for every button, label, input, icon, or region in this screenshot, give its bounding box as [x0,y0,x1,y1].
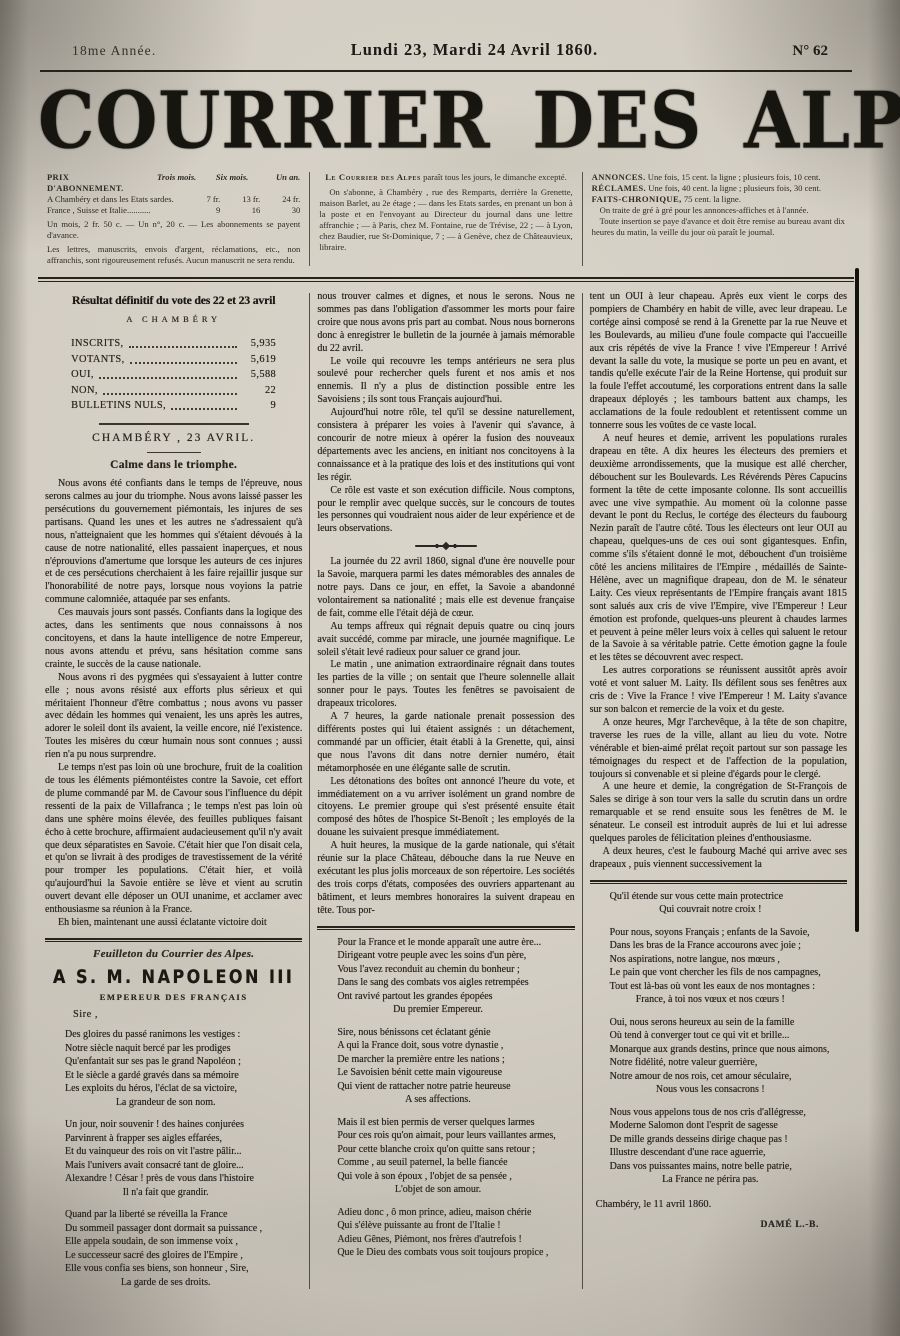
results-row-label: BULLETINS NULS, [71,400,166,413]
poem-line: Les exploits du héros, l'éclat de sa vic… [45,1082,302,1096]
poem-line: Qui vole à son époux , l'objet de sa pen… [317,1170,574,1184]
poem-line: A ses affections. [317,1093,574,1107]
poem-line: Notre siècle naquit bercé par les prodig… [45,1042,302,1056]
year-label: 18me Année. [72,43,156,59]
poem-line: Pour la France et le monde apparaît une … [317,936,574,950]
article-paragraph: A neuf heures et demie, arrivent les pop… [590,433,847,665]
poem-line: Du premier Empereur. [317,1003,574,1017]
poem-line: Le pain que vont chercher les fils de no… [590,966,847,980]
results-title: Résultat définitif du vote des 22 et 23 … [45,294,302,307]
advertising-line: On traite de gré à gré pour les annonces… [592,205,845,216]
price-col-6mois: Six mois. [196,172,248,183]
results-row-value: 5,935 [242,338,276,351]
publication-schedule: Le Courrier des Alpes paraît tous les jo… [319,172,572,183]
advertising-line-rest: 75 cent. la ligne. [682,194,741,204]
article-dateline: CHAMBÉRY , 23 AVRIL. [45,432,302,445]
poem-line: Moderne Salomon dont l'esprit de sagesse [590,1119,847,1133]
poem-line: Notre fidélité, notre valeur guerrière, [590,1056,847,1070]
results-row: NON, 22 [71,382,276,398]
price-row-1an: 24 fr. [260,194,300,205]
article-paragraph: Le voile qui recouvre les temps antérieu… [317,356,574,408]
poem-line: Adieu donc , ô mon prince, adieu, maison… [317,1206,574,1220]
poem-line: La garde de ses droits. [45,1276,302,1290]
poem-line: Alexandre ! César ! près de vous dans l'… [45,1172,302,1186]
price-row-3mois: 7 fr. [180,194,220,205]
article-paragraph: Le temps n'est pas loin où une brochure,… [45,762,302,917]
poem-line: Dans les bras de la France accourons ave… [590,939,847,953]
poem-line: Nos aspirations, notre langue, nos mœurs… [590,953,847,967]
subscription-note-1: Un mois, 2 fr. 50 c. — Un n°, 20 c. — Le… [47,219,300,241]
poem-column-2: Pour la France et le monde apparaît une … [317,936,574,1260]
poem-line: Pour cette blanche croix qu'on quitte sa… [317,1143,574,1157]
leader-dots [129,346,238,348]
article-paragraph: A 7 heures, la garde nationale prenait p… [317,711,574,776]
price-col-1an: Un an. [248,172,300,183]
price-row-label: France , Suisse et Italie........... [47,205,180,216]
poem-line: Sire, nous bénissons cet éclatant génie [317,1026,574,1040]
poem-line: Parvinrent à frapper ses aigles effarées… [45,1132,302,1146]
poem-line: Oui, nous serons heureux au sein de la f… [590,1016,847,1030]
results-table: INSCRITS, 5,935 VOTANTS, 5,619 OUI, 5,58… [71,336,276,414]
poem-line: Ont ravivé partout les grandes épopées [317,990,574,1004]
poem-line: Qui s'élève puissante au front de l'Ital… [317,1219,574,1233]
poem-line: Comme , au seuil paternel, la belle fian… [317,1156,574,1170]
poem-line: Qu'enfantait sur ses pas le grand Napolé… [45,1055,302,1069]
price-header-label: PRIX D'ABONNEMENT. [47,172,144,194]
ornament-divider [415,545,477,547]
poem-subtitle: EMPEREUR DES FRANÇAIS [45,991,302,1004]
poem-line: Pour ces rois qu'on aimait, pour leurs v… [317,1129,574,1143]
poem-line: Illustre descendant d'une race aguerrie, [590,1146,847,1160]
results-row-label: INSCRITS, [71,338,123,351]
article-paragraph: A huit heures, la musique de la garde na… [317,840,574,917]
article-headline: Calme dans le triomphe. [45,459,302,472]
poem-divider-col2 [317,926,574,930]
advertising-line-rest: Toute insertion se paye d'avance et doit… [592,216,845,237]
column-1: Résultat définitif du vote des 22 et 23 … [38,291,309,1289]
price-table-row: France , Suisse et Italie........... 9 1… [47,205,300,216]
price-row-1an: 30 [260,205,300,216]
poem-line: Dirigeant votre peuple avec les soins d'… [317,949,574,963]
poem-line: Le Savoisien bénit cette main vigoureuse [317,1066,574,1080]
poem-line: Du sommeil passager dont dormait sa puis… [45,1222,302,1236]
results-row: VOTANTS, 5,619 [71,351,276,367]
article-paragraph: Eh bien, maintenant une aussi éclatante … [45,917,302,930]
leader-dots [103,393,237,395]
poem-line: La grandeur de son nom. [45,1096,302,1110]
poem-line: Elle vous confia ses biens, son honneur … [45,1262,302,1276]
results-row-label: VOTANTS, [71,354,124,367]
price-table-rows: A Chambéry et dans les Etats sardes. 7 f… [47,194,300,216]
results-bottom-rule [99,423,249,425]
advertising-line: ANNONCES. Une fois, 15 cent. la ligne ; … [592,172,845,183]
column-1-paragraphs: Nous avons été confiants dans le temps d… [45,478,302,930]
article-paragraph: Le matin , une animation extraordinaire … [317,659,574,711]
poem-line: De mille grands desseins dirige chaque p… [590,1133,847,1147]
price-row-3mois: 9 [180,205,220,216]
poem-line: Dans vos puissantes mains, notre belle p… [590,1160,847,1174]
article-paragraph: Ces mauvais jours sont passés. Confiants… [45,607,302,672]
article-paragraph: A onze heures, Mgr l'archevêque, à la tê… [590,717,847,782]
feuilleton-top-rule [45,938,302,942]
publication-schedule-rest: paraît tous les jours, le dimanche excep… [421,172,567,182]
newspaper-title: COURRIER DES ALPES [38,78,854,162]
results-row: OUI, 5,588 [71,367,276,383]
poem-line: Qu'il étende sur vous cette main protect… [590,890,847,904]
poem-line: La France ne périra pas. [590,1173,847,1187]
poem-salutation: Sire , [45,1009,302,1022]
article-paragraph: Aujourd'hui notre rôle, tel qu'il se des… [317,407,574,484]
poem-line: Où tend à converger tout ce qui vit et b… [590,1029,847,1043]
article-paragraph: tent un OUI à leur chapeau. Après eux vi… [590,291,847,433]
article-paragraph: nous trouver calmes et dignes, et nous l… [317,291,574,356]
advertising-line: Toute insertion se paye d'avance et doit… [592,216,845,238]
poem-line: Que le Dieu des combats vous soit toujou… [317,1246,574,1260]
poem-column-1: Des gloires du passé ranimons les vestig… [45,1028,302,1289]
poem-line: Elle appela soudain, de son immense voix… [45,1235,302,1249]
advertising-line: RÉCLAMES. Une fois, 40 cent. la ligne ; … [592,183,845,194]
article-paragraph: A deux heures, c'est le faubourg Maché q… [590,846,847,872]
advertising-line-lead: RÉCLAMES. [592,183,646,193]
date-line: Lundi 23, Mardi 24 Avril 1860. [351,40,598,60]
poem-signature: DAMÉ L.-B. [590,1219,847,1232]
right-edge-rule [855,268,859,932]
dateline-rule [147,452,201,453]
publication-addresses: On s'abonne, à Chambéry , rue des Rempar… [319,187,572,253]
poem-line: De marcher la première entre les nations… [317,1053,574,1067]
poem-line: Le successeur sacré des gloires de l'Emp… [45,1249,302,1263]
results-row: INSCRITS, 5,935 [71,336,276,352]
article-paragraph: Ce rôle est vaste et son exécution diffi… [317,485,574,537]
price-row-label: A Chambéry et dans les Etats sardes. [47,194,180,205]
advertising-line-rest: On traite de gré à gré pour les annonces… [600,205,809,215]
poem-line: Il n'a fait que grandir. [45,1186,302,1200]
price-col-3mois: Trois mois. [144,172,196,183]
leader-dots [99,377,237,379]
advertising-line-lead: ANNONCES. [592,172,646,182]
poem-line: Quand par la liberté se réveilla la Fran… [45,1208,302,1222]
results-row-value: 9 [242,400,276,413]
column-2-paragraphs-bottom: La journée du 22 avril 1860, signal d'un… [317,556,574,917]
article-paragraph: Au temps affreux qui régnait depuis quat… [317,621,574,660]
feuilleton-rubric: Feuilleton du Courrier des Alpes. [45,948,302,961]
subscription-note-2: Les lettres, manuscrits, envois d'argent… [47,244,300,266]
poem-line: Et le siècle a gardé gravés dans sa mémo… [45,1069,302,1083]
column-2: nous trouver calmes et dignes, et nous l… [310,291,581,1289]
results-row-value: 22 [242,385,276,398]
poem-line: Nous vous les consacrons ! [590,1083,847,1097]
poem-line: Des gloires du passé ranimons les vestig… [45,1028,302,1042]
results-row-value: 5,619 [242,354,276,367]
body-columns: Résultat définitif du vote des 22 et 23 … [38,291,854,1289]
poem-line: Tout est là-bas où vont les eaux de nos … [590,980,847,994]
poem-divider-col3 [590,880,847,884]
results-row-value: 5,588 [242,369,276,382]
header-rule [40,70,852,72]
infobar-bottom-rule [38,277,854,282]
poem-line: Dans le sang des combats vos aigles retr… [317,976,574,990]
price-table-row: A Chambéry et dans les Etats sardes. 7 f… [47,194,300,205]
info-bar: PRIX D'ABONNEMENT. Trois mois. Six mois.… [38,170,854,268]
poem-line: Mais l'univers avait consacré tant de gl… [45,1159,302,1173]
subscription-info: PRIX D'ABONNEMENT. Trois mois. Six mois.… [38,170,309,268]
poem-line: Notre amour de nos rois, cet amour sécul… [590,1070,847,1084]
article-paragraph: Nous avons ri des pygmées qui s'essayaie… [45,672,302,762]
poem-line: France, à toi nos vœux et nos cœurs ! [590,993,847,1007]
poem-column-3: Qu'il étende sur vous cette main protect… [590,890,847,1187]
price-row-6mois: 13 fr. [220,194,260,205]
advertising-line-rest: Une fois, 40 cent. la ligne ; plusieurs … [646,183,821,193]
price-row-6mois: 16 [220,205,260,216]
column-2-paragraphs-top: nous trouver calmes et dignes, et nous l… [317,291,574,536]
publication-title-lead: Le Courrier des Alpes [325,172,421,182]
poem-line: Un jour, noir souvenir ! des haines conj… [45,1118,302,1132]
article-paragraph: La journée du 22 avril 1860, signal d'un… [317,556,574,621]
poem-line: Adieu Gênes, Piémont, nos frères d'autre… [317,1233,574,1247]
advertising-line-lead: FAITS-CHRONIQUE, [592,194,682,204]
poem-line: Monarque aux grands destins, prince que … [590,1043,847,1057]
poem-line: Mais il est bien permis de verser quelqu… [317,1116,574,1130]
column-3-paragraphs: tent un OUI à leur chapeau. Après eux vi… [590,291,847,872]
issue-number: N° 62 [792,43,828,60]
results-row-label: OUI, [71,369,94,382]
poem-line: A qui la France doit, sous votre dynasti… [317,1039,574,1053]
advertising-line-rest: Une fois, 15 cent. la ligne ; plusieurs … [646,172,821,182]
poem-title: A S. M. NAPOLEON III [45,970,302,985]
results-subtitle: A CHAMBÉRY [45,314,302,327]
poem-line: Qui vient de rattacher notre patrie heur… [317,1080,574,1094]
leader-dots [130,362,238,364]
price-table-header: PRIX D'ABONNEMENT. Trois mois. Six mois.… [47,172,300,194]
column-3: tent un OUI à leur chapeau. Après eux vi… [583,291,854,1289]
advertising-info: ANNONCES. Une fois, 15 cent. la ligne ; … [583,170,854,268]
poem-dateline: Chambéry, le 11 avril 1860. [590,1199,847,1212]
results-row: BULLETINS NULS, 9 [71,398,276,414]
header-row: 18me Année. Lundi 23, Mardi 24 Avril 186… [38,40,854,64]
newspaper-page: 18me Année. Lundi 23, Mardi 24 Avril 186… [0,0,900,1336]
poem-line: Pour nous, soyons Français ; enfants de … [590,926,847,940]
poem-line: Vous l'avez reconduit au chemin du bonhe… [317,963,574,977]
publication-info: Le Courrier des Alpes paraît tous les jo… [310,170,581,268]
article-paragraph: Les détonations des boîtes ont annoncé l… [317,776,574,841]
poem-line: Qui couvrait notre croix ! [590,903,847,917]
poem-line: L'objet de son amour. [317,1183,574,1197]
advertising-line: FAITS-CHRONIQUE, 75 cent. la ligne. [592,194,845,205]
article-paragraph: Les autres corporations se réunissent au… [590,665,847,717]
poem-line: Et du vainqueur des rois on vit l'astre … [45,1145,302,1159]
article-paragraph: A une heure et demie, la congrégation de… [590,781,847,846]
leader-dots [171,408,237,410]
article-paragraph: Nous avons été confiants dans le temps d… [45,478,302,607]
results-row-label: NON, [71,385,98,398]
poem-line: Nous vous appelons tous de nos cris d'al… [590,1106,847,1120]
